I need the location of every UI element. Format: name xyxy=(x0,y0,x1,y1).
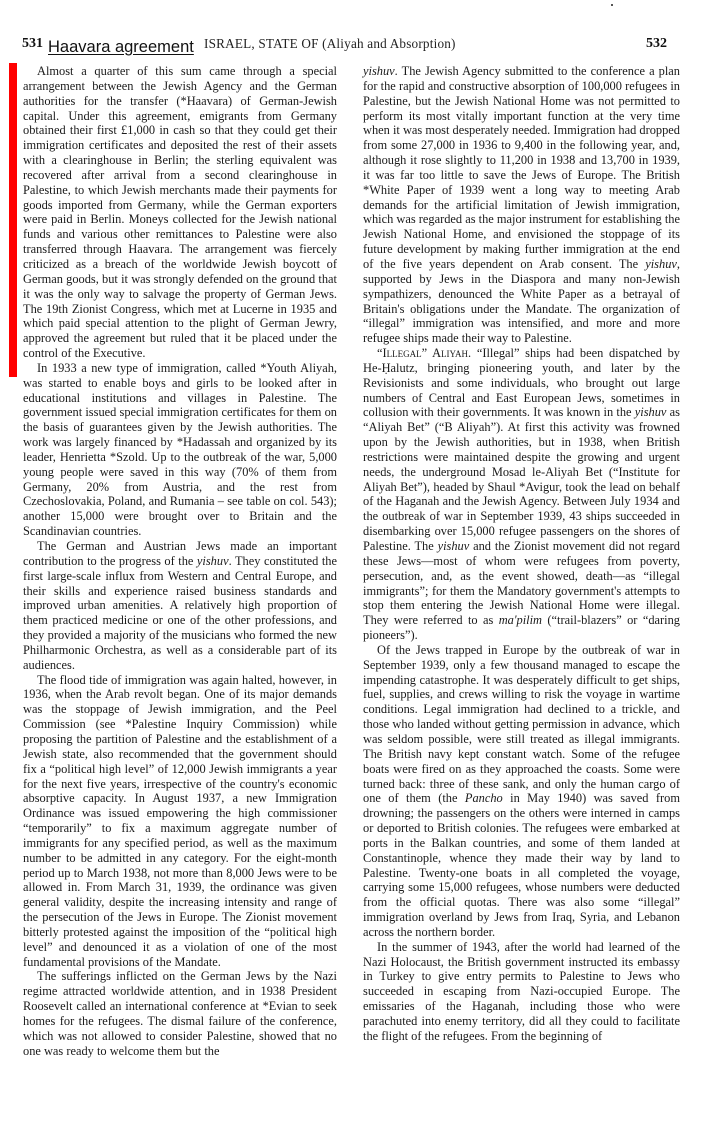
text-run: . The Jewish Agency submitted to the con… xyxy=(363,64,680,271)
right-column: yishuv. The Jewish Agency submitted to t… xyxy=(363,64,680,1044)
paragraph-white-paper: yishuv. The Jewish Agency submitted to t… xyxy=(363,64,680,346)
italic-term: yishuv xyxy=(197,554,229,568)
paragraph-summer-1943: In the summer of 1943, after the world h… xyxy=(363,940,680,1044)
haavara-agreement-link[interactable]: Haavara agreement xyxy=(48,38,194,57)
italic-term: Pancho xyxy=(465,791,503,805)
left-column: Almost a quarter of this sum came throug… xyxy=(23,64,337,1059)
paragraph-arab-revolt: The flood tide of immigration was again … xyxy=(23,673,337,970)
page-number-left: 531 xyxy=(22,36,43,52)
paragraph-trapped-jews: Of the Jews trapped in Europe by the out… xyxy=(363,643,680,940)
text-run: as “Aliyah Bet” (“B Aliyah”). At first t… xyxy=(363,405,680,553)
paragraph-haavara: Almost a quarter of this sum came throug… xyxy=(23,64,337,361)
page-number-right: 532 xyxy=(646,36,667,52)
italic-term: yishuv xyxy=(645,257,677,271)
section-heading: “Illegal” Aliyah. xyxy=(377,346,471,360)
paragraph-evian: The sufferings inflicted on the German J… xyxy=(23,969,337,1058)
italic-term: yishuv xyxy=(363,64,395,78)
page-header: 531 Haavara agreement ISRAEL, STATE OF (… xyxy=(22,36,662,58)
paragraph-youth-aliyah: In 1933 a new type of immigration, calle… xyxy=(23,361,337,539)
highlight-marker xyxy=(9,63,17,377)
italic-term: yishuv xyxy=(438,539,470,553)
paragraph-german-austrian-jews: The German and Austrian Jews made an imp… xyxy=(23,539,337,673)
italic-term: yishuv xyxy=(635,405,667,419)
text-run: in May 1940) was saved from drowning; th… xyxy=(363,791,680,939)
running-head: ISRAEL, STATE OF (Aliyah and Absorption) xyxy=(204,36,456,52)
text-run: . They constituted the first large-scale… xyxy=(23,554,337,672)
scan-artifact-dot xyxy=(611,4,613,6)
paragraph-illegal-aliyah: “Illegal” Aliyah. “Illegal” ships had be… xyxy=(363,346,680,643)
text-run: Of the Jews trapped in Europe by the out… xyxy=(363,643,680,805)
italic-term: ma'pilim xyxy=(499,613,542,627)
